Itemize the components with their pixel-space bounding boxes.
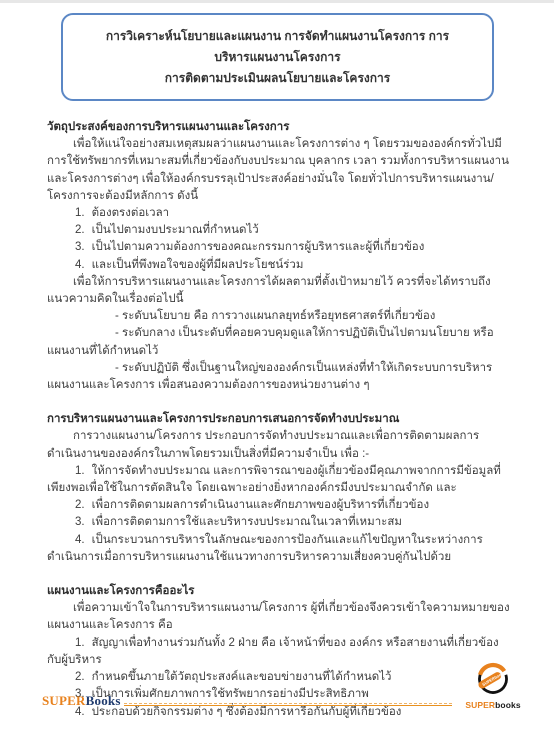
list-number: 3. [75,241,85,253]
list-text: เพื่อการติดตามการใช้และบริหารงบประมาณในเ… [92,516,402,528]
section-1-intro: เพื่อให้แน่ใจอย่างสมเหตุสมผลว่าแผนงานและ… [47,136,512,205]
list-number: 1. [75,207,85,219]
page-footer: SUPERBooks SUPERbooks SUPERbooks [40,662,524,722]
superbooks-wordmark-right: SUPERbooks [462,700,524,710]
superbooks-logo-block: SUPERbooks SUPERbooks [462,662,524,710]
brand-books-text: books [495,700,521,710]
footer-divider-line [124,703,452,706]
section-1-after-paragraph: เพื่อให้การบริหารแผนงานและโครงการได้ผลตา… [47,274,512,308]
list-number: 1. [75,637,85,649]
superbooks-logo-icon: SUPERbooks [470,662,516,700]
section-2-item-2: 2.เพื่อการติดตามผลการดำเนินงานและศักยภาพ… [47,497,512,514]
section-2-intro: การวางแผนงาน/โครงการ ประกอบการจัดทำงบประ… [47,428,512,462]
list-text: ให้การจัดทำงบประมาณ และการพิจารณาของผู้เ… [47,465,501,494]
section-2-item-3: 3.เพื่อการติดตามการใช้และบริหารงบประมาณใ… [47,514,512,531]
brand-books-text: Books [86,693,121,708]
list-number: 2. [75,499,85,511]
section-1-level-policy: - ระดับนโยบาย คือ การวางแผนกลยุทธ์หรือยุ… [47,308,512,325]
document-title-line2: การติดตามประเมินผลนโยบายและโครงการ [89,68,466,89]
document-body: วัตถุประสงค์ของการบริหารแผนงานและโครงการ… [0,101,554,721]
section-2-heading: การบริหารแผนงานและโครงการประกอบการเสนอกา… [47,411,512,428]
list-number: 4. [75,259,85,271]
list-number: 2. [75,224,85,236]
section-1-item-1: 1.ต้องตรงต่อเวลา [47,205,512,222]
section-1-item-2: 2.เป็นไปตามงบประมาณที่กำหนดไว้ [47,222,512,239]
section-2-item-4: 4.เป็นกระบวนการบริหารในลักษณะของการป้องก… [47,532,512,566]
section-1-heading: วัตถุประสงค์ของการบริหารแผนงานและโครงการ [47,119,512,136]
list-number: 4. [75,534,85,546]
brand-super-text: SUPER [465,700,495,710]
brand-super-text: SUPER [42,693,86,708]
svg-text:SUPERbooks: SUPERbooks [481,669,506,686]
superbooks-wordmark-left: SUPERBooks [42,693,121,709]
list-text: เป็นไปตามงบประมาณที่กำหนดไว้ [92,224,259,236]
list-number: 3. [75,516,85,528]
scan-artifact-strip [0,0,554,3]
list-text: ต้องตรงต่อเวลา [92,207,170,219]
section-3-heading: แผนงานและโครงการคืออะไร [47,583,512,600]
section-1-item-4: 4.และเป็นที่พึงพอใจของผู้ที่มีผลประโยชน์… [47,257,512,274]
list-text: เป็นกระบวนการบริหารในลักษณะของการป้องกัน… [47,534,483,563]
document-title-line1: การวิเคราะห์นโยบายและแผนงาน การจัดทำแผนง… [89,26,466,68]
list-text: เป็นไปตามความต้องการของคณะกรรมการผู้บริห… [92,241,425,253]
section-2-item-1: 1.ให้การจัดทำงบประมาณ และการพิจารณาของผู… [47,463,512,497]
list-text: และเป็นที่พึงพอใจของผู้ที่มีผลประโยชน์ร่… [92,259,304,271]
title-box: การวิเคราะห์นโยบายและแผนงาน การจัดทำแผนง… [61,13,494,101]
list-number: 1. [75,465,85,477]
section-3-intro: เพื่อความเข้าใจในการบริหารแผนงาน/โครงการ… [47,600,512,634]
section-1-level-operational: - ระดับปฏิบัติ ซึ่งเป็นฐานใหญ่ขององค์กรเ… [47,360,512,394]
section-1-item-3: 3.เป็นไปตามความต้องการของคณะกรรมการผู้บร… [47,239,512,256]
section-1-level-middle: - ระดับกลาง เป็นระดับที่คอยควบคุมดูแลให้… [47,325,512,359]
list-text: เพื่อการติดตามผลการดำเนินงานและศักยภาพขอ… [92,499,429,511]
